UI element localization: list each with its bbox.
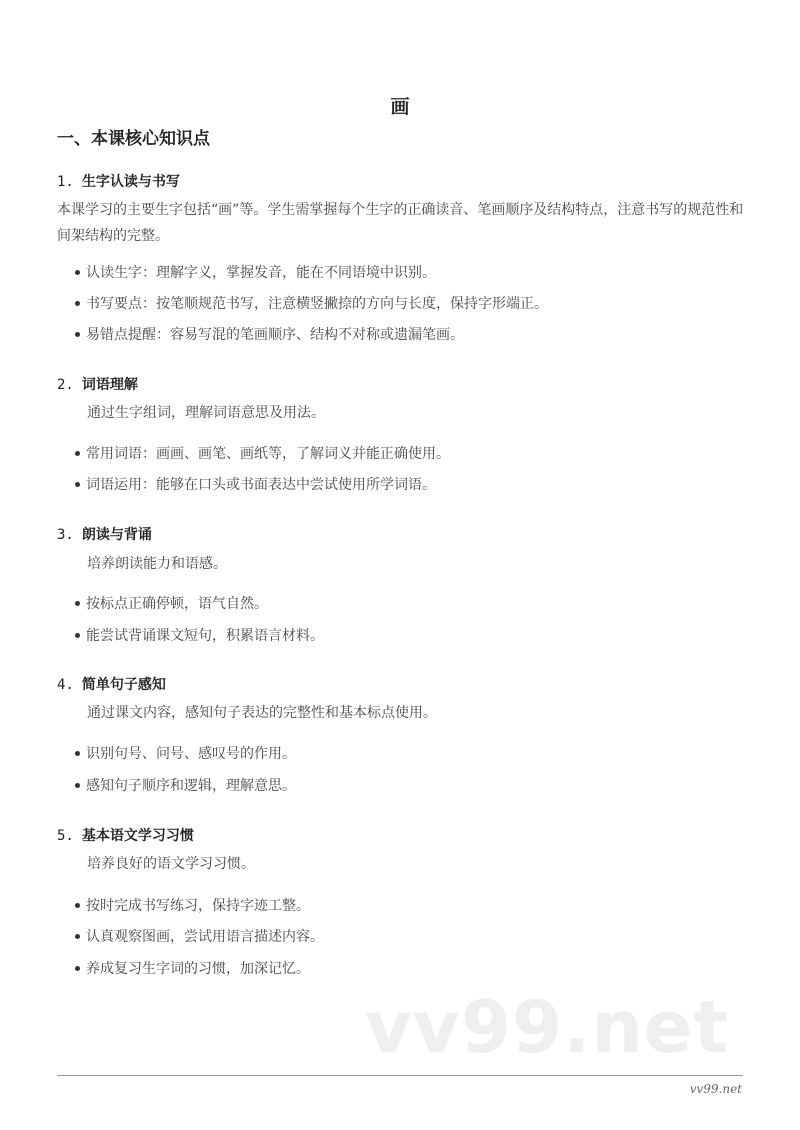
subsection-heading-5: 5.基本语文学习习惯 — [57, 825, 194, 845]
footer-text: vv99.net — [690, 1082, 742, 1096]
subsection-heading-2: 2.词语理解 — [57, 374, 138, 394]
list-item: 按标点正确停顿，语气自然。 — [75, 594, 268, 614]
list-item: 按时完成书写练习，保持字迹工整。 — [75, 896, 310, 916]
watermark: vv99.net — [365, 985, 729, 1069]
subsection-number: 5. — [57, 828, 74, 844]
subsection-heading-1: 1.生字认读与书写 — [57, 171, 180, 191]
subsection-heading-4: 4.简单句子感知 — [57, 674, 166, 694]
subsection-title: 基本语文学习习惯 — [82, 828, 194, 844]
subsection-title: 生字认读与书写 — [82, 174, 180, 190]
bullet-icon — [75, 934, 80, 939]
list-item: 认真观察图画，尝试用语言描述内容。 — [75, 927, 324, 947]
page-title: 画 — [0, 92, 800, 119]
list-item: 感知句子顺序和逻辑，理解意思。 — [75, 776, 296, 796]
list-item: 书写要点：按笔顺规范书写，注意横竖撇捺的方向与长度，保持字形端正。 — [75, 294, 548, 314]
subsection-title: 简单句子感知 — [82, 677, 166, 693]
bullet-icon — [75, 482, 80, 487]
bullet-icon — [75, 301, 80, 306]
subsection-number: 3. — [57, 527, 74, 543]
subsection-intro: 通过课文内容，感知句子表达的完整性和基本标点使用。 — [87, 700, 747, 726]
list-item: 易错点提醒：容易写混的笔画顺序、结构不对称或遗漏笔画。 — [75, 325, 464, 345]
bullet-icon — [75, 601, 80, 606]
list-item: 认读生字：理解字义，掌握发音，能在不同语境中识别。 — [75, 263, 436, 283]
bullet-icon — [75, 332, 80, 337]
bullet-icon — [75, 633, 80, 638]
bullet-icon — [75, 903, 80, 908]
list-item: 能尝试背诵课文短句，积累语言材料。 — [75, 626, 324, 646]
bullet-icon — [75, 966, 80, 971]
bullet-icon — [75, 451, 80, 456]
subsection-intro: 培养朗读能力和语感。 — [87, 551, 747, 577]
footer-divider — [57, 1075, 743, 1076]
subsection-intro: 培养良好的语文学习习惯。 — [87, 851, 747, 877]
bullet-icon — [75, 751, 80, 756]
subsection-heading-3: 3.朗读与背诵 — [57, 524, 152, 544]
list-item: 词语运用：能够在口头或书面表达中尝试使用所学词语。 — [75, 475, 436, 495]
bullet-icon — [75, 783, 80, 788]
subsection-title: 朗读与背诵 — [82, 527, 152, 543]
list-item: 识别句号、问号、感叹号的作用。 — [75, 744, 296, 764]
subsection-intro: 本课学习的主要生字包括“画”等。学生需掌握每个生字的正确读音、笔画顺序及结构特点… — [57, 197, 747, 249]
subsection-number: 1. — [57, 174, 74, 190]
list-item: 常用词语：画画、画笔、画纸等，了解词义并能正确使用。 — [75, 444, 450, 464]
subsection-title: 词语理解 — [82, 377, 138, 393]
list-item: 养成复习生字词的习惯，加深记忆。 — [75, 959, 310, 979]
bullet-icon — [75, 270, 80, 275]
subsection-number: 4. — [57, 677, 74, 693]
subsection-number: 2. — [57, 377, 74, 393]
subsection-intro: 通过生字组词，理解词语意思及用法。 — [87, 400, 747, 426]
section-heading: 一、本课核心知识点 — [57, 124, 210, 149]
